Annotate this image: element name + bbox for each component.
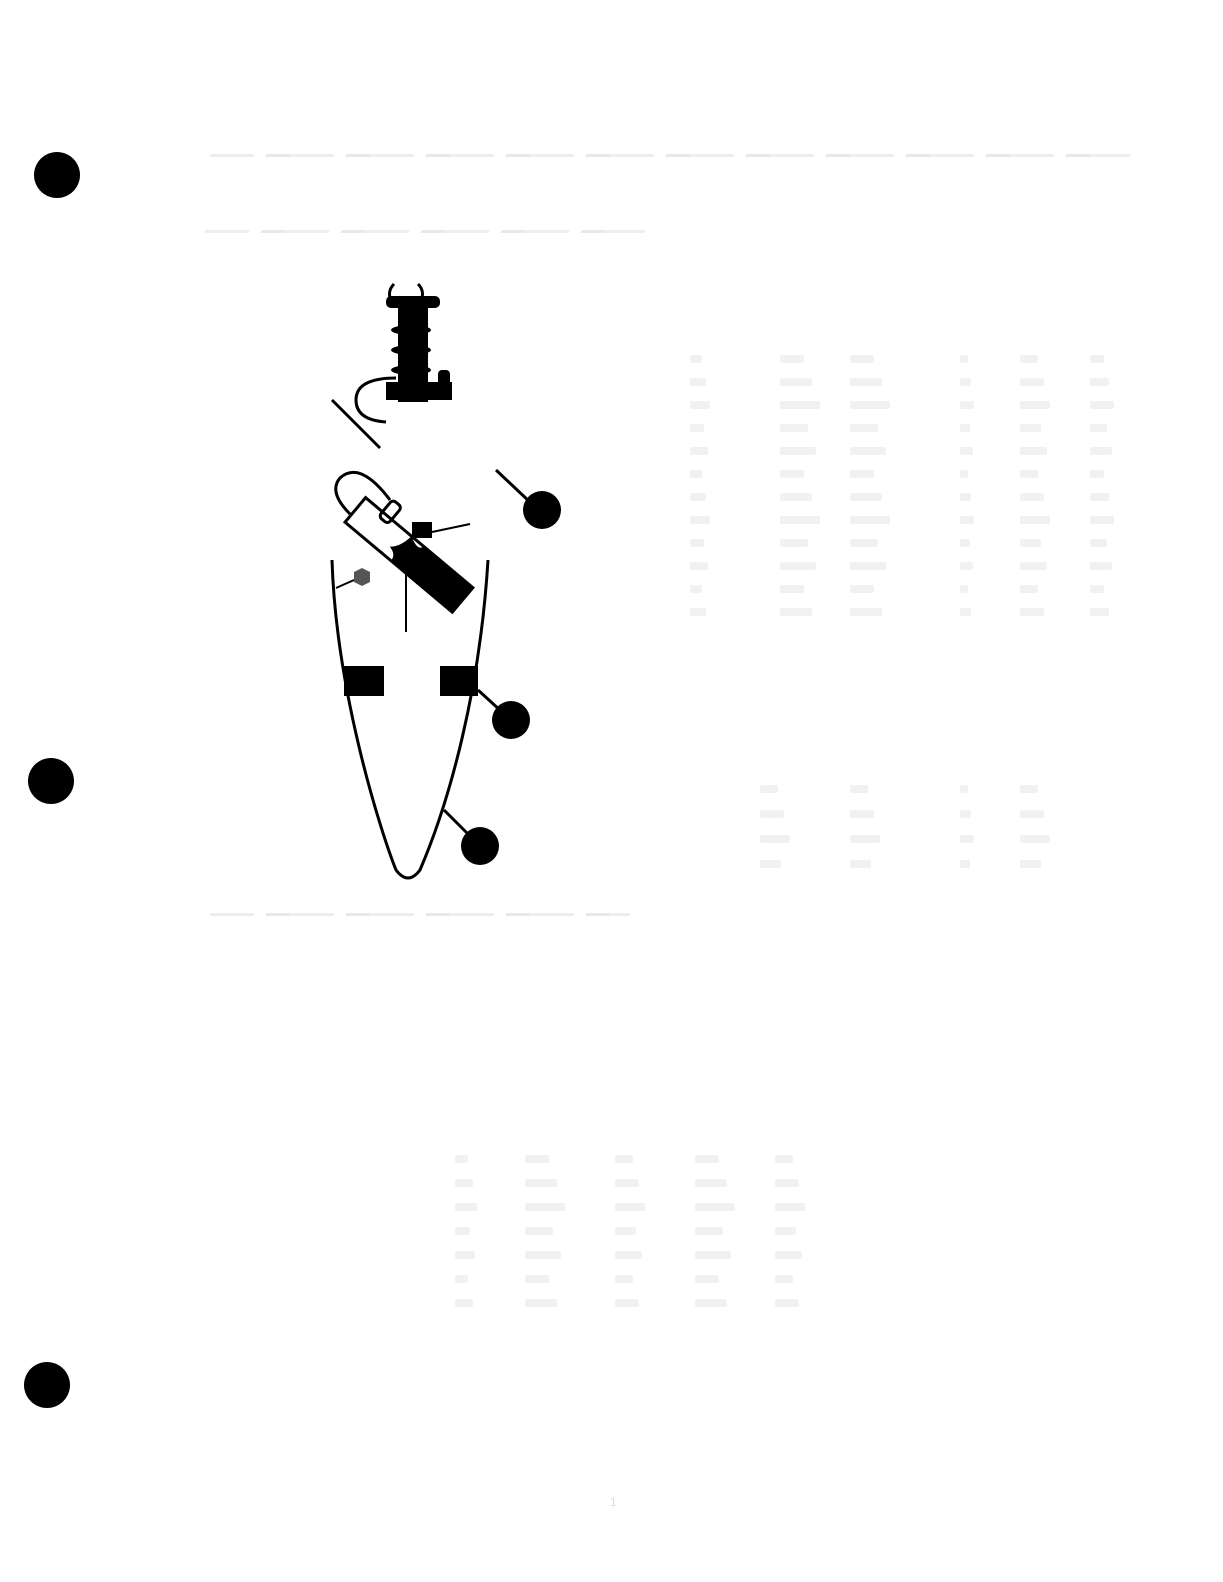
table-cell — [695, 1275, 719, 1283]
table-cell — [780, 447, 816, 455]
table-cell — [960, 835, 974, 843]
table-cell — [690, 585, 702, 593]
bushing-vessel-diagram — [280, 270, 600, 890]
table-cell — [1020, 785, 1038, 793]
table-cell — [615, 1203, 645, 1211]
table-cell — [960, 424, 970, 432]
table-cell — [1090, 585, 1104, 593]
table-cell — [960, 810, 971, 818]
table-cell — [960, 860, 970, 868]
table-cell — [695, 1227, 723, 1235]
table-cell — [615, 1227, 636, 1235]
table-cell — [690, 539, 704, 547]
table-cell — [1020, 447, 1047, 455]
table-cell — [780, 493, 812, 501]
table-cell — [1020, 539, 1041, 547]
table-cell — [695, 1179, 727, 1187]
table-cell — [780, 470, 804, 478]
table-cell — [1020, 860, 1041, 868]
table-cell — [960, 378, 971, 386]
table-cell — [850, 585, 874, 593]
table-cell — [960, 355, 968, 363]
table-cell — [850, 860, 871, 868]
table-cell — [455, 1155, 468, 1163]
figure-bottom-rule — [210, 913, 630, 916]
table-cell — [775, 1299, 799, 1307]
table-cell — [850, 378, 882, 386]
table-cell — [525, 1299, 557, 1307]
table-cell — [690, 424, 704, 432]
header-rule — [210, 154, 1130, 157]
binder-hole-middle — [28, 758, 74, 804]
table-cell — [850, 516, 890, 524]
table-cell — [1090, 539, 1107, 547]
table-cell — [455, 1299, 473, 1307]
table-cell — [850, 810, 874, 818]
section-title-rule — [205, 230, 645, 233]
table-cell — [690, 401, 710, 409]
table-cell — [960, 585, 968, 593]
table-cell — [960, 447, 973, 455]
table-cell — [780, 539, 808, 547]
table-cell — [525, 1155, 549, 1163]
table-cell — [850, 539, 878, 547]
table-cell — [455, 1227, 470, 1235]
table-cell — [695, 1299, 727, 1307]
table-cell — [1020, 470, 1038, 478]
table-cell — [1020, 401, 1050, 409]
table-cell — [780, 424, 808, 432]
binder-hole-top — [34, 152, 80, 198]
page-number: 1 — [610, 1495, 617, 1509]
table-cell — [525, 1251, 561, 1259]
table-cell — [1090, 401, 1114, 409]
table-cell — [960, 493, 971, 501]
callout-1-marker — [523, 491, 561, 529]
table-cell — [760, 835, 790, 843]
table-cell — [850, 424, 878, 432]
table-cell — [455, 1251, 475, 1259]
table-cell — [455, 1275, 468, 1283]
table-cell — [690, 447, 708, 455]
table-cell — [780, 355, 804, 363]
table-cell — [1020, 562, 1047, 570]
table-cell — [525, 1227, 553, 1235]
table-cell — [960, 470, 968, 478]
table-cell — [850, 608, 882, 616]
table-cell — [960, 401, 974, 409]
table-cell — [1020, 608, 1044, 616]
table-cell — [780, 585, 804, 593]
table-cell — [1090, 608, 1109, 616]
table-cell — [960, 562, 973, 570]
table-cell — [525, 1275, 549, 1283]
table-cell — [1090, 470, 1104, 478]
table-cell — [775, 1251, 802, 1259]
table-cell — [615, 1179, 639, 1187]
table-cell — [1090, 493, 1109, 501]
callout-3-marker — [461, 827, 499, 865]
table-cell — [525, 1203, 565, 1211]
binder-hole-bottom — [24, 1362, 70, 1408]
table-cell — [960, 608, 971, 616]
table-cell — [690, 470, 702, 478]
table-cell — [1020, 493, 1044, 501]
table-cell — [455, 1179, 473, 1187]
table-cell — [850, 401, 890, 409]
table-cell — [695, 1203, 735, 1211]
table-cell — [780, 608, 812, 616]
table-cell — [780, 516, 820, 524]
table-cell — [775, 1155, 793, 1163]
table-cell — [1020, 810, 1044, 818]
table-cell — [1020, 585, 1038, 593]
table-cell — [1020, 355, 1038, 363]
table-cell — [960, 516, 974, 524]
table-cell — [1020, 378, 1044, 386]
callout-2-marker — [492, 701, 530, 739]
table-cell — [775, 1179, 799, 1187]
table-cell — [850, 785, 868, 793]
table-cell — [775, 1227, 796, 1235]
table-cell — [525, 1179, 557, 1187]
table-cell — [455, 1203, 477, 1211]
table-cell — [690, 608, 706, 616]
table-cell — [615, 1155, 633, 1163]
table-cell — [850, 447, 886, 455]
table-cell — [615, 1299, 639, 1307]
table-cell — [1090, 355, 1104, 363]
table-cell — [960, 785, 968, 793]
table-cell — [1090, 424, 1107, 432]
table-cell — [775, 1275, 793, 1283]
table-cell — [1090, 562, 1112, 570]
table-cell — [695, 1251, 731, 1259]
table-cell — [695, 1155, 719, 1163]
table-cell — [690, 516, 710, 524]
table-cell — [850, 493, 882, 501]
table-cell — [690, 562, 708, 570]
table-cell — [760, 785, 778, 793]
table-cell — [690, 355, 702, 363]
table-cell — [1090, 516, 1114, 524]
table-cell — [780, 562, 816, 570]
table-cell — [850, 355, 874, 363]
table-cell — [780, 378, 812, 386]
table-cell — [615, 1275, 633, 1283]
table-cell — [850, 562, 886, 570]
table-cell — [615, 1251, 642, 1259]
table-cell — [760, 860, 781, 868]
table-cell — [775, 1203, 805, 1211]
table-cell — [850, 470, 874, 478]
table-cell — [1020, 424, 1041, 432]
table-cell — [1090, 378, 1109, 386]
table-cell — [1090, 447, 1112, 455]
table-cell — [690, 493, 706, 501]
table-cell — [760, 810, 784, 818]
table-cell — [850, 835, 880, 843]
table-cell — [690, 378, 706, 386]
table-cell — [960, 539, 970, 547]
table-cell — [1020, 835, 1050, 843]
table-cell — [1020, 516, 1050, 524]
table-cell — [780, 401, 820, 409]
